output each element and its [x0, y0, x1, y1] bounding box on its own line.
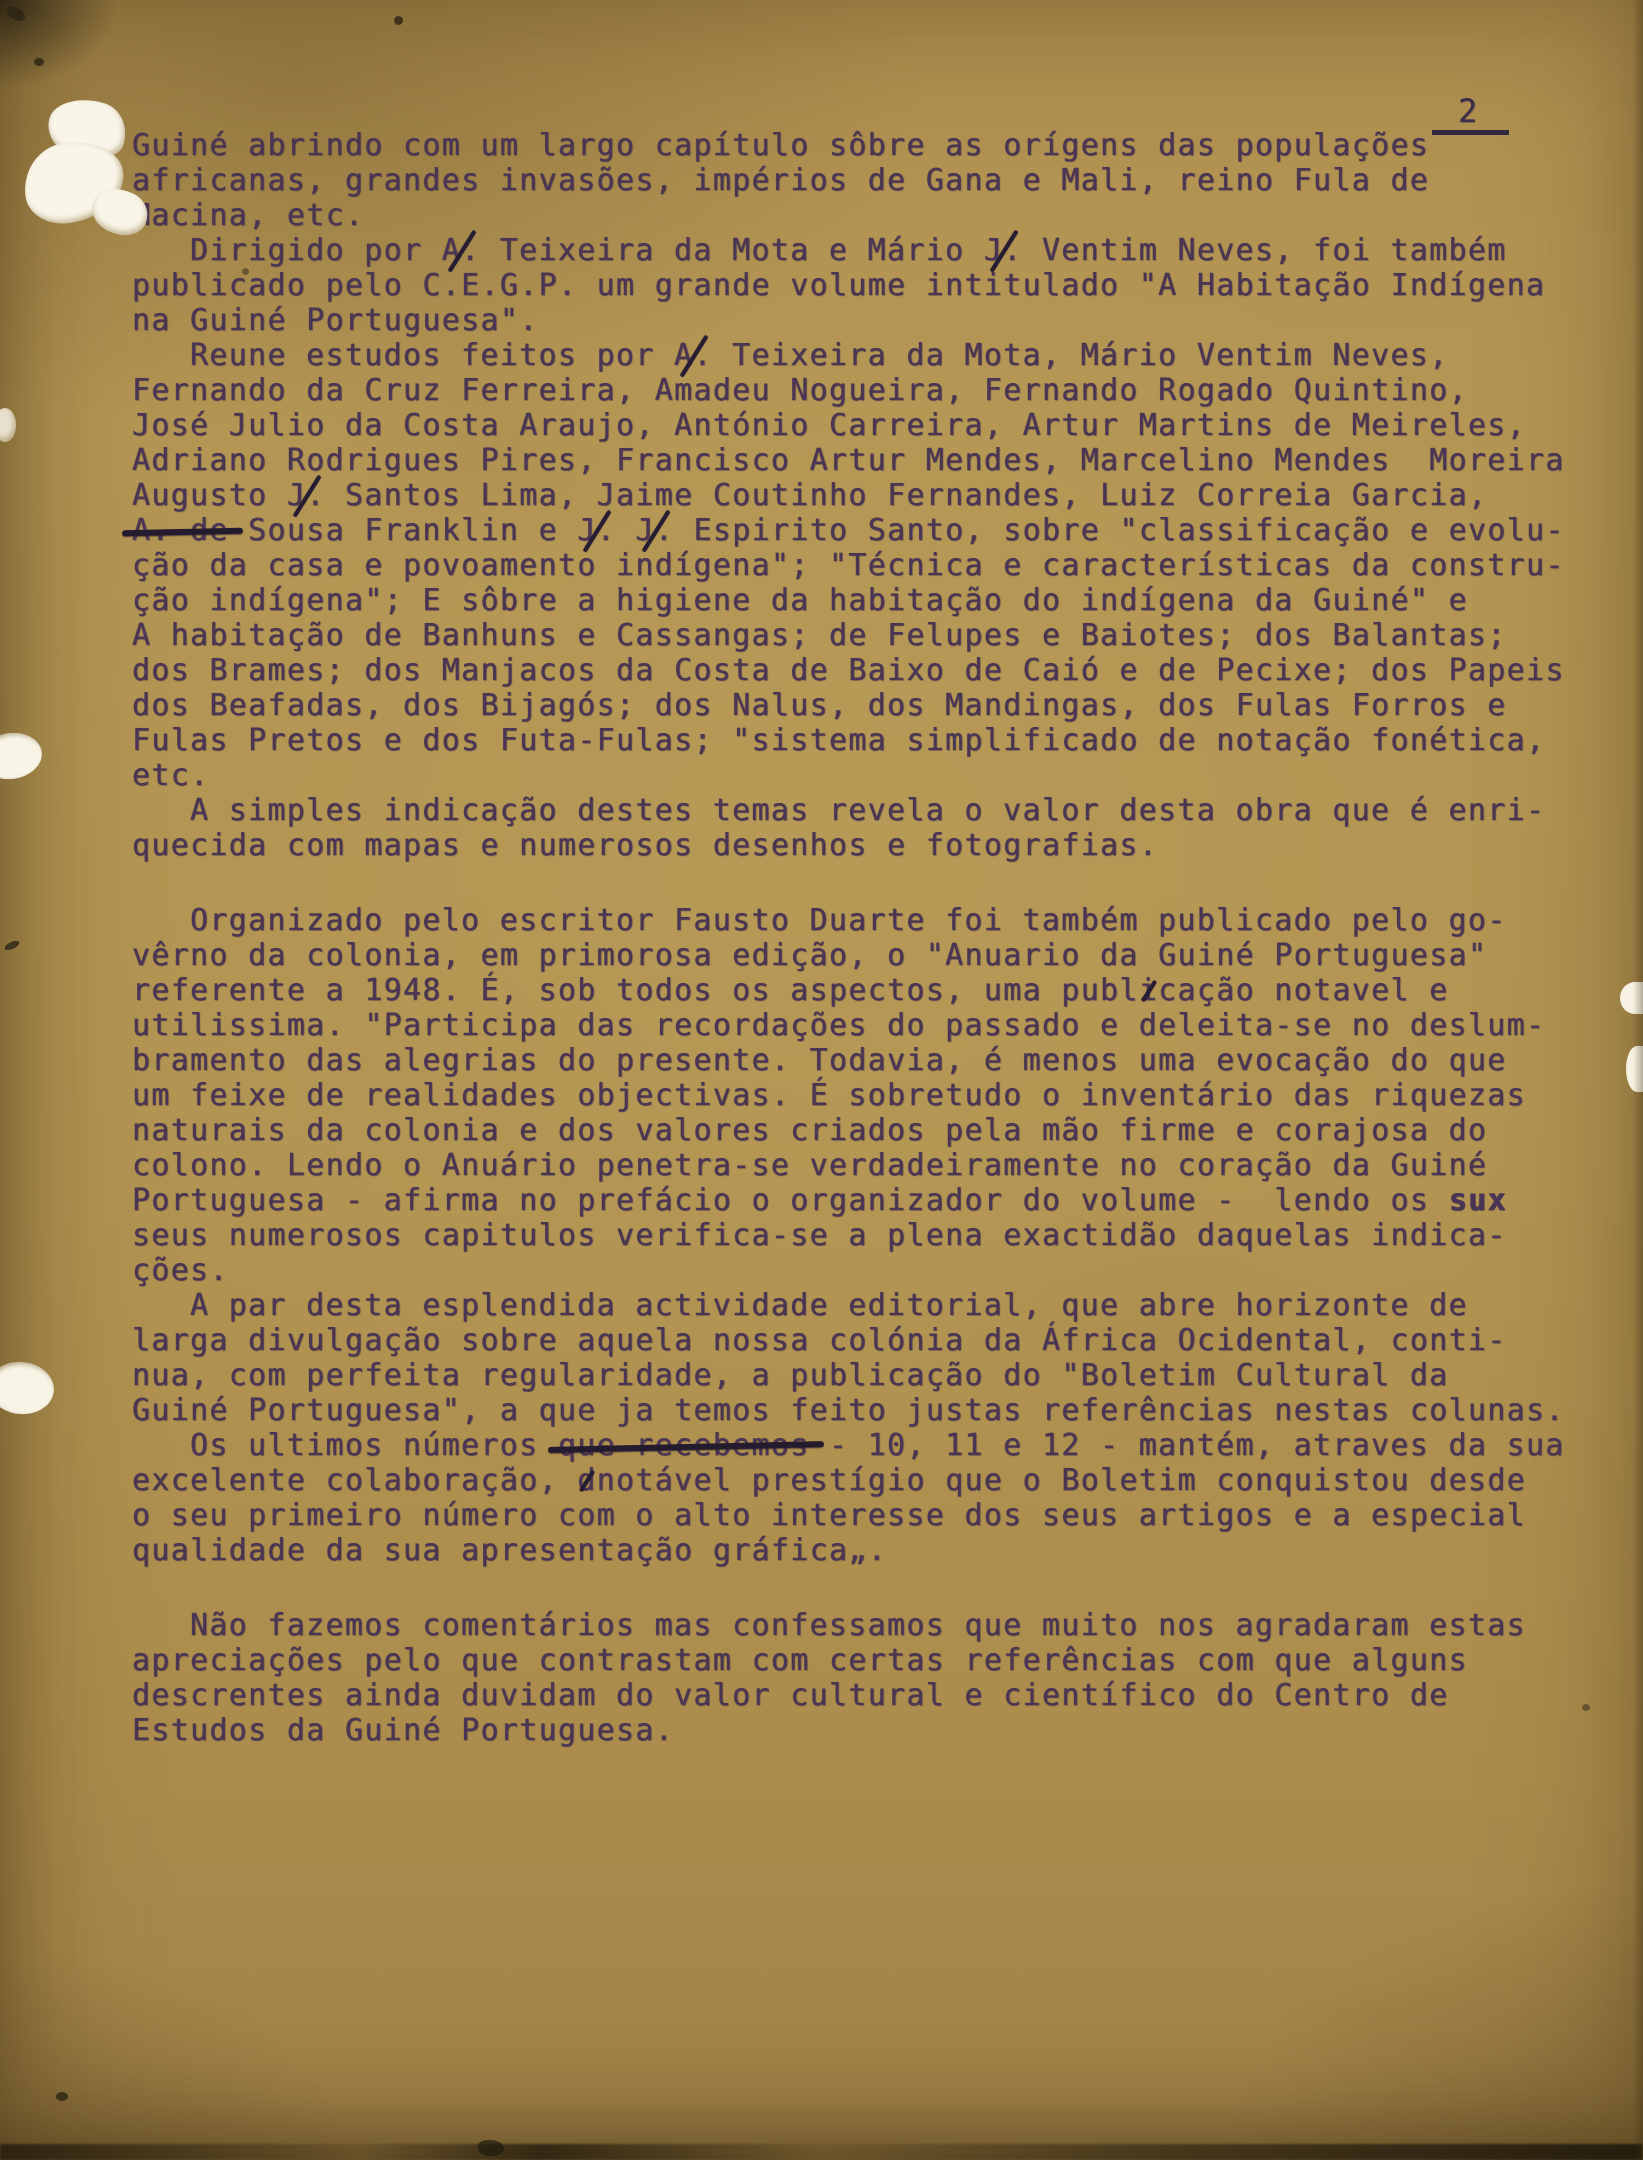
text-line: africanas, grandes invasões, impérios de…	[132, 163, 1612, 198]
text-line: dos Beafadas, dos Bijagós; dos Nalus, do…	[132, 688, 1612, 723]
text-line: Fernando da Cruz Ferreira, Amadeu Noguei…	[132, 373, 1612, 408]
document-scan: 2 Guiné abrindo com um largo capítulo sô…	[0, 0, 1643, 2160]
ink-speck	[1582, 1704, 1590, 1711]
ink-speck	[3, 939, 20, 952]
text-line: apreciações pelo que contrastam com cert…	[132, 1643, 1612, 1678]
slash-correction-mark: A.	[442, 233, 481, 268]
text-line: referente a 1948. É, sob todos os aspect…	[132, 973, 1612, 1008]
paragraph: Dirigido por A. Teixeira da Mota e Mário…	[132, 233, 1612, 338]
strike-correction-mark: que recebemos	[558, 1428, 810, 1463]
punch-hole	[0, 1359, 57, 1418]
text-line: excelente colaboração, dnotável prestígi…	[132, 1463, 1612, 1498]
text-line: naturais da colonia e dos valores criado…	[132, 1113, 1612, 1148]
punch-hole	[0, 729, 45, 783]
text-line: nua, com perfeita regularidade, a public…	[132, 1358, 1612, 1393]
edge-tear	[0, 408, 16, 442]
overstrike-correction-mark: sux	[1449, 1183, 1507, 1218]
text-line: etc.	[132, 758, 1612, 793]
scan-bottom-edge	[0, 2144, 1643, 2160]
text-line: Macina, etc.	[132, 198, 1612, 233]
paragraph: A par desta esplendida actividade editor…	[132, 1288, 1612, 1428]
text-line: Adriano Rodrigues Pires, Francisco Artur…	[132, 443, 1612, 478]
text-line: quecida com mapas e numerosos desenhos e…	[132, 828, 1612, 863]
ink-speck	[242, 268, 249, 275]
paragraph: A simples indicação destes temas revela …	[132, 793, 1612, 863]
paragraph: Guiné abrindo com um largo capítulo sôbr…	[132, 128, 1612, 233]
slash-correction-mark: J.	[287, 478, 326, 513]
text-line: A habitação de Banhuns e Cassangas; de F…	[132, 618, 1612, 653]
text-line: Portuguesa - afirma no prefácio o organi…	[132, 1183, 1612, 1218]
slash-correction-mark: J.	[577, 513, 616, 548]
text-line: Augusto J. Santos Lima, Jaime Coutinho F…	[132, 478, 1612, 513]
text-line: A. de Sousa Franklin e J. J. Espirito Sa…	[132, 513, 1612, 548]
text-line: Guiné abrindo com um largo capítulo sôbr…	[132, 128, 1612, 163]
text-line: na Guiné Portuguesa".	[132, 303, 1612, 338]
ink-speck	[394, 16, 403, 25]
text-line: Fulas Pretos e dos Futa-Fulas; "sistema …	[132, 723, 1612, 758]
text-line: qualidade da sua apresentação gráfica„.	[132, 1533, 1612, 1568]
text-line: colono. Lendo o Anuário penetra-se verda…	[132, 1148, 1612, 1183]
paragraph: Os ultimos números que recebemos - 10, 1…	[132, 1428, 1612, 1568]
text-line: publicado pelo C.E.G.P. um grande volume…	[132, 268, 1612, 303]
slash-correction-mark: d	[577, 1463, 596, 1498]
text-line: larga divulgação sobre aquela nossa coló…	[132, 1323, 1612, 1358]
text-line: José Julio da Costa Araujo, António Carr…	[132, 408, 1612, 443]
text-line: A par desta esplendida actividade editor…	[132, 1288, 1612, 1323]
text-line: Não fazemos comentários mas confessamos …	[132, 1608, 1612, 1643]
typewritten-text: Guiné abrindo com um largo capítulo sôbr…	[132, 128, 1612, 1748]
text-line: um feixe de realidades objectivas. É sob…	[132, 1078, 1612, 1113]
text-line: o seu primeiro número com o alto interes…	[132, 1498, 1612, 1533]
text-line: ções.	[132, 1253, 1612, 1288]
scan-right-edge	[1633, 0, 1643, 2160]
slash-correction-mark: A.	[674, 338, 713, 373]
text-line: ção indígena"; E sôbre a higiene da habi…	[132, 583, 1612, 618]
text-line: ção da casa e povoamento indígena"; "Téc…	[132, 548, 1612, 583]
text-line: Estudos da Guiné Portuguesa.	[132, 1713, 1612, 1748]
ink-speck	[56, 2092, 68, 2101]
text-line: seus numerosos capitulos verifica-se a p…	[132, 1218, 1612, 1253]
text-line: bramento das alegrias do presente. Todav…	[132, 1043, 1612, 1078]
text-line: Guiné Portuguesa", a que ja temos feito …	[132, 1393, 1612, 1428]
text-line: Dirigido por A. Teixeira da Mota e Mário…	[132, 233, 1612, 268]
text-line: Reune estudos feitos por A. Teixeira da …	[132, 338, 1612, 373]
paragraph: Não fazemos comentários mas confessamos …	[132, 1608, 1612, 1748]
strike-correction-mark: A. de	[132, 513, 229, 548]
text-line: Os ultimos números que recebemos - 10, 1…	[132, 1428, 1612, 1463]
text-line: dos Brames; dos Manjacos da Costa de Bai…	[132, 653, 1612, 688]
text-line: vêrno da colonia, em primorosa edição, o…	[132, 938, 1612, 973]
paragraph: Organizado pelo escritor Fausto Duarte f…	[132, 903, 1612, 1288]
slash-correction-mark: J.	[635, 513, 674, 548]
text-line: A simples indicação destes temas revela …	[132, 793, 1612, 828]
paragraph: Reune estudos feitos por A. Teixeira da …	[132, 338, 1612, 793]
text-line: utilissima. "Participa das recordações d…	[132, 1008, 1612, 1043]
ink-speck	[34, 58, 44, 66]
slash-correction-mark: J.	[984, 233, 1023, 268]
text-line: Organizado pelo escritor Fausto Duarte f…	[132, 903, 1612, 938]
text-line: descrentes ainda duvidam do valor cultur…	[132, 1678, 1612, 1713]
slash-correction-mark: i	[1139, 973, 1158, 1008]
